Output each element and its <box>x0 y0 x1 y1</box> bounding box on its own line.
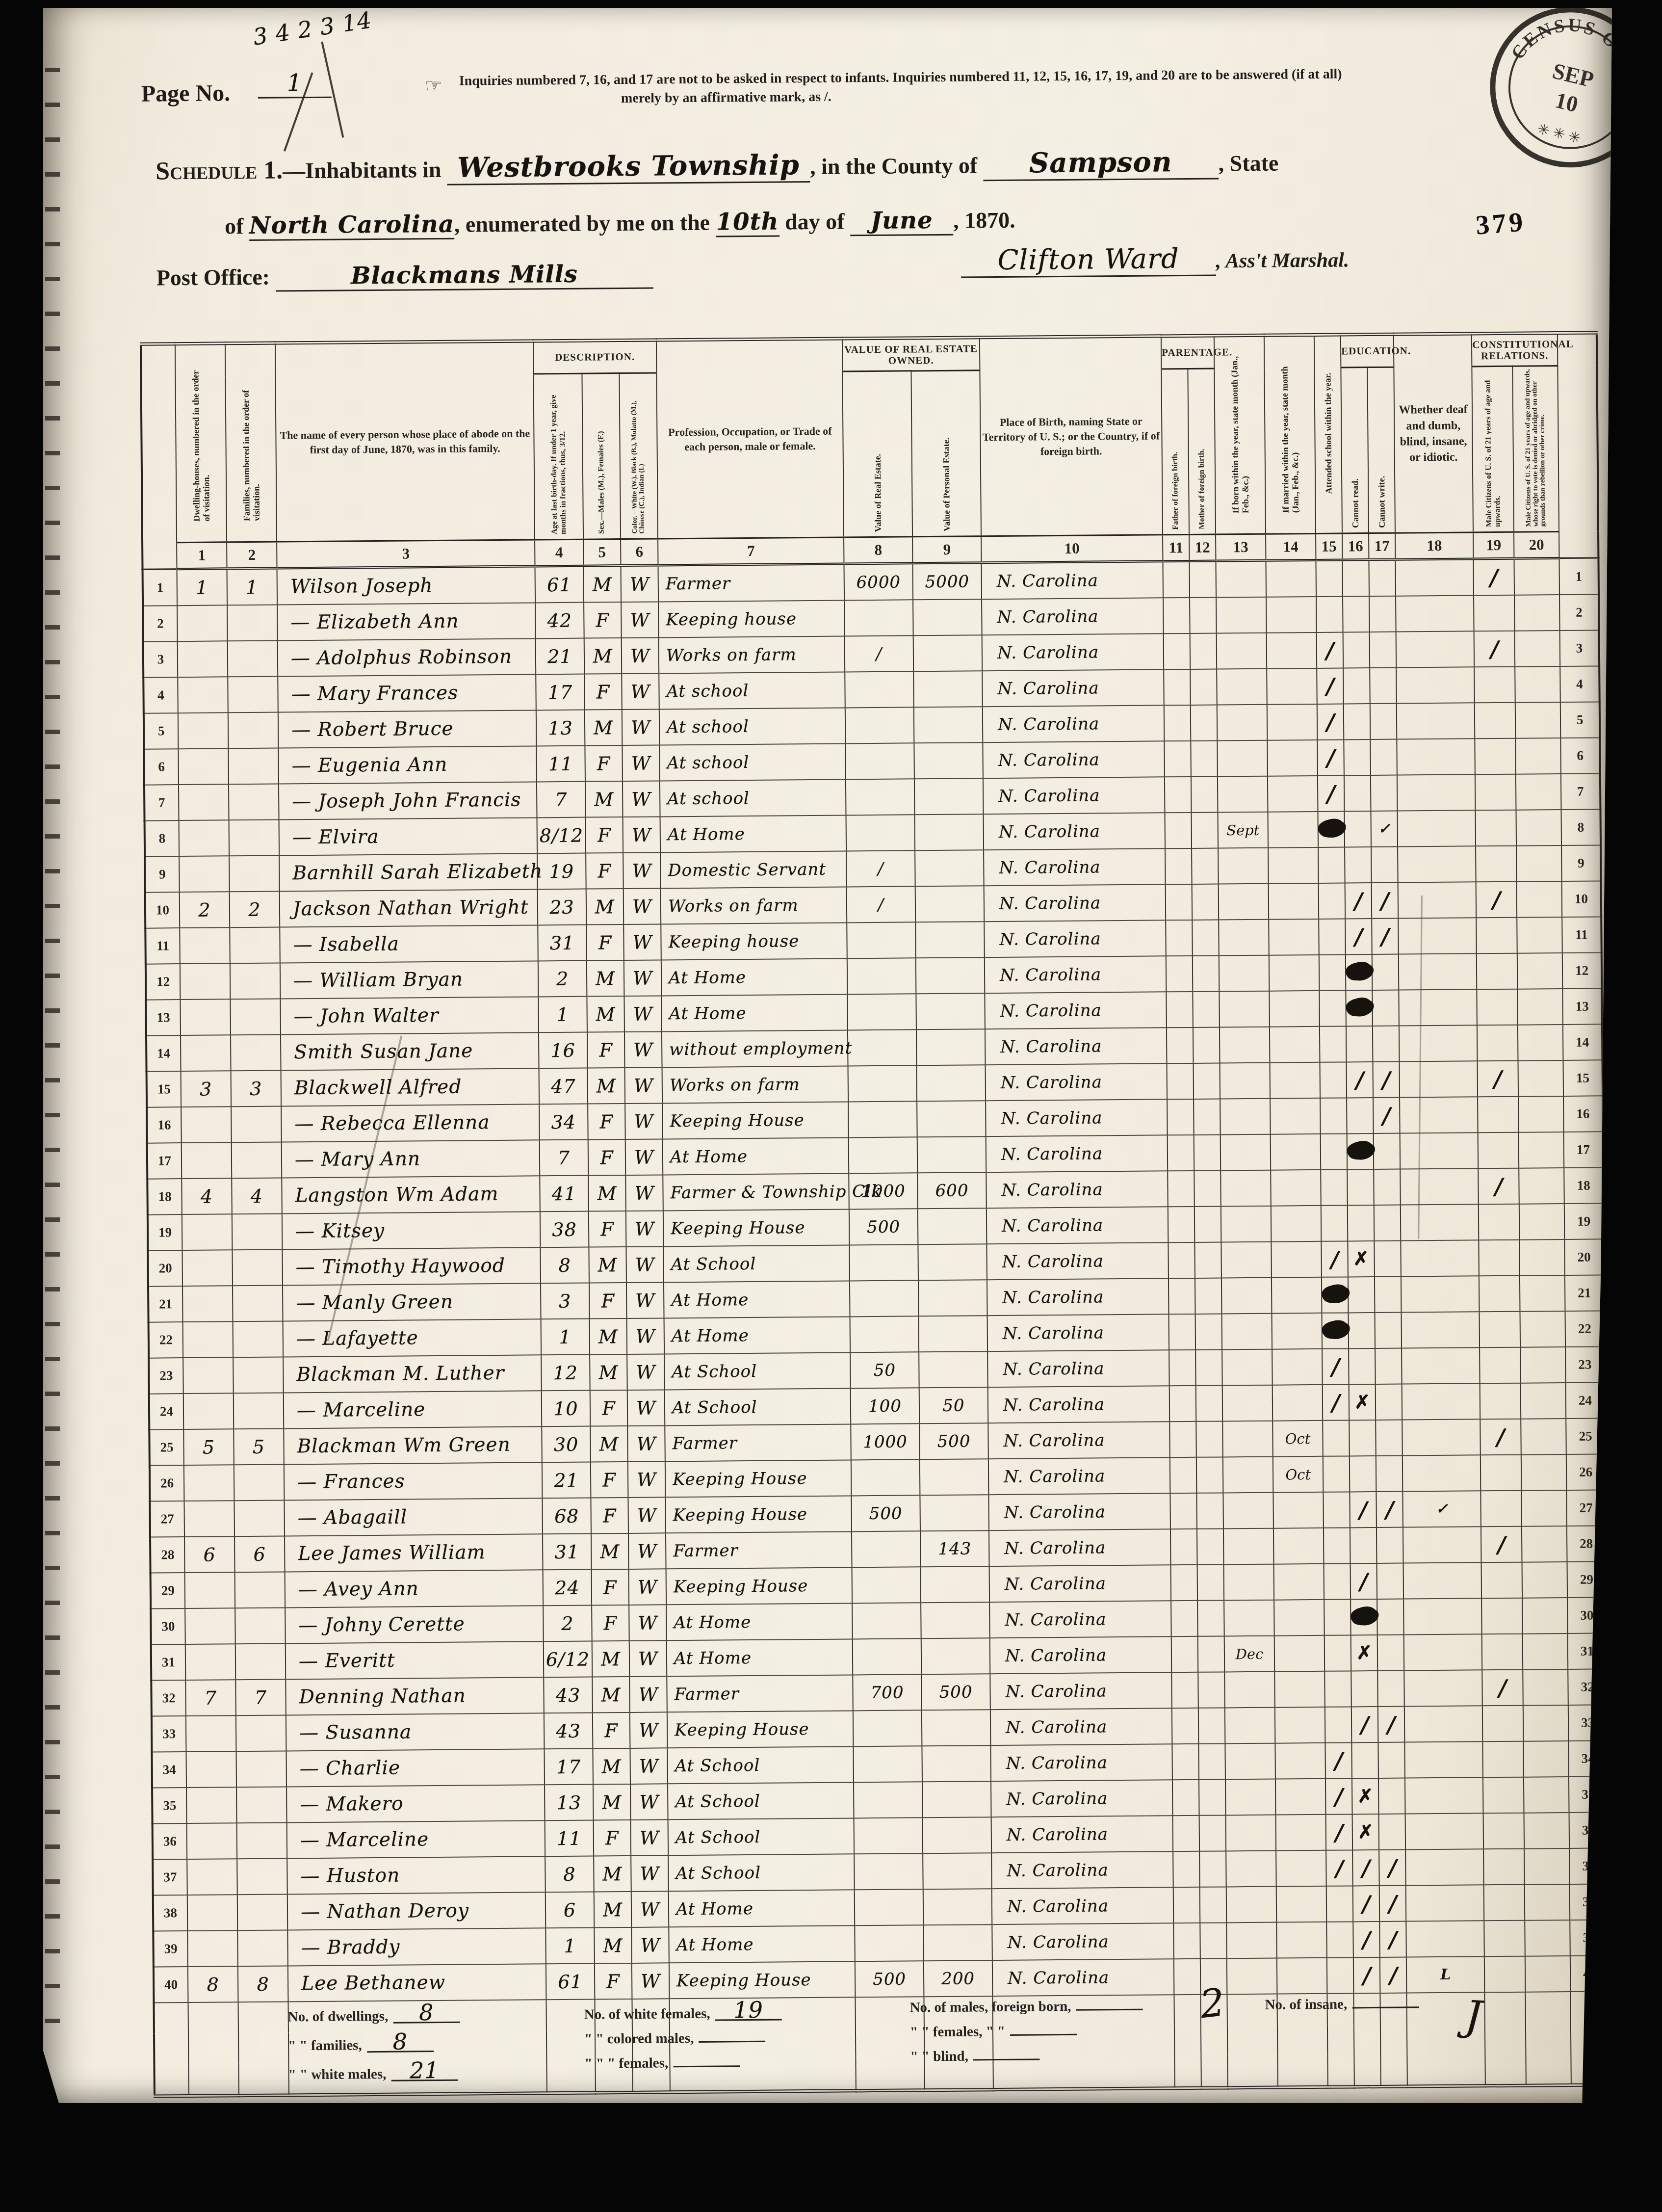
cell-family-number: 4 <box>232 1178 282 1214</box>
cell-deaf-dumb-blind <box>1400 1061 1478 1097</box>
cell-person-name: — Mary Frances <box>278 674 536 712</box>
row-number-left: 3 <box>143 641 178 678</box>
cell-cannot-read <box>1351 1742 1378 1778</box>
cell-color: W <box>624 1031 662 1068</box>
cell-dwelling-number: 5 <box>183 1429 234 1465</box>
cell-deaf-dumb-blind <box>1396 667 1475 703</box>
cell-attended-school <box>1324 1527 1350 1563</box>
cell-male-citizen: / <box>1481 1527 1522 1563</box>
cell-real-estate-value <box>853 1638 922 1675</box>
row-number-left: 7 <box>144 785 179 821</box>
cell-dwelling-number <box>181 1035 231 1071</box>
cell-person-name: — Everitt <box>286 1641 544 1679</box>
cell-attended-school <box>1326 1886 1353 1922</box>
check-mark: / <box>1389 1962 1398 1988</box>
cell-real-estate-value <box>846 779 915 815</box>
cell-personal-estate-value <box>920 1459 989 1495</box>
cell-age: 13 <box>536 710 585 746</box>
cell-person-name: — Johny Cerette <box>285 1606 544 1643</box>
cell-dwelling-number <box>183 1321 234 1358</box>
cell-month-married <box>1268 812 1319 848</box>
cell-person-name: Lee James William <box>285 1534 543 1572</box>
cell-attended-school <box>1319 919 1346 954</box>
cell-cannot-read <box>1350 1599 1377 1635</box>
cell-real-estate-value: / <box>846 850 915 887</box>
check-mark: / <box>1354 923 1363 950</box>
check-mark: / <box>1363 1962 1371 1989</box>
month-entry: Oct <box>1285 1430 1311 1447</box>
cell-color: W <box>624 960 662 996</box>
cell-real-estate-value <box>854 1782 923 1818</box>
cell-dwelling-number <box>187 1859 237 1895</box>
cell-cannot-write: / <box>1372 883 1399 919</box>
cell-occupation: Domestic Servant <box>660 851 847 888</box>
row-number-right: 4 <box>1560 666 1600 702</box>
cell-attended-school: / <box>1317 632 1344 668</box>
cell-cannot-write <box>1376 1384 1402 1420</box>
cell-birthplace: N. Carolina <box>987 1314 1169 1351</box>
cell-month-born <box>1226 1851 1276 1887</box>
cell-age: 10 <box>542 1391 591 1427</box>
cell-personal-estate-value <box>913 635 983 671</box>
cell-occupation: At Home <box>661 958 848 996</box>
row-number-left: 5 <box>144 713 179 749</box>
cell-age: 43 <box>544 1713 593 1749</box>
cell-age: 13 <box>545 1785 594 1821</box>
cell-color: W <box>631 1819 669 1856</box>
cell-father-foreign <box>1168 1171 1195 1207</box>
cell-month-born <box>1219 884 1269 920</box>
cell-month-married <box>1276 1922 1327 1958</box>
row-number-right: 30 <box>1567 1597 1607 1633</box>
cell-dwelling-number <box>180 963 231 1000</box>
cell-family-number <box>235 1572 286 1608</box>
cell-occupation: At School <box>663 1245 850 1282</box>
cell-month-married <box>1267 740 1318 776</box>
cell-personal-estate-value <box>918 1280 987 1316</box>
check-mark: / <box>1330 1246 1339 1272</box>
month-entry: Sept <box>1226 821 1260 839</box>
check-mark: / <box>1388 1890 1397 1917</box>
cell-personal-estate-value <box>921 1566 990 1603</box>
cell-dwelling-number <box>178 641 228 677</box>
footer-value <box>1010 2034 1077 2036</box>
cell-person-name: — Susanna <box>286 1713 545 1751</box>
cell-sex: F <box>593 1712 630 1749</box>
cell-sex: F <box>592 1569 629 1606</box>
cell-deaf-dumb-blind <box>1405 1777 1483 1814</box>
cell-cannot-read <box>1346 990 1373 1026</box>
census-office-stamp: CENSUS OFFICE SEP 10 ✳ ✳ ✳ <box>1463 8 1612 196</box>
row-number-left: 17 <box>147 1143 182 1179</box>
cell-month-born <box>1219 920 1269 956</box>
check-mark: / <box>1335 1819 1343 1845</box>
cell-person-name: Lee Bethanew <box>288 1964 546 2001</box>
row-number-left: 15 <box>147 1071 182 1107</box>
row-number-left: 12 <box>146 964 181 1000</box>
cell-real-estate-value <box>854 1817 923 1854</box>
cell-age: 24 <box>543 1570 592 1606</box>
cell-person-name: — Elvira <box>279 817 538 855</box>
cell-attended-school: / <box>1326 1850 1353 1886</box>
cell-occupation: Keeping House <box>666 1567 853 1605</box>
cell-sex: F <box>590 1390 628 1426</box>
cell-personal-estate-value <box>913 599 982 635</box>
cell-month-married <box>1267 668 1317 705</box>
check-mark: / <box>1355 1067 1364 1093</box>
cell-dwelling-number <box>182 1250 233 1286</box>
cell-cannot-read <box>1344 704 1371 739</box>
cell-person-name: — Timothy Haywood <box>282 1247 541 1285</box>
cell-birthplace: N. Carolina <box>983 741 1165 778</box>
cell-month-born <box>1226 1922 1277 1959</box>
cell-sex: F <box>588 1104 625 1140</box>
cell-real-estate-value: 50 <box>850 1352 919 1388</box>
cell-attended-school <box>1322 1313 1349 1348</box>
cell-real-estate-value <box>853 1746 922 1782</box>
cell-cannot-write: / <box>1373 1062 1400 1098</box>
col14-header: If married within the year, state month … <box>1264 335 1316 534</box>
cell-father-foreign <box>1164 705 1191 741</box>
cell-cannot-write: / <box>1373 1098 1400 1133</box>
post-office-label: Post Office: <box>156 264 270 290</box>
cell-mother-foreign <box>1191 705 1218 741</box>
cell-cannot-write <box>1374 1205 1401 1241</box>
cell-month-married <box>1277 1958 1327 1994</box>
cell-deaf-dumb-blind <box>1402 1383 1480 1420</box>
col13-header: If born within the year, state month (Ja… <box>1214 335 1266 534</box>
footer-label: No. of white females, <box>584 2006 710 2023</box>
year-text: , 1870. <box>953 208 1015 233</box>
cell-birthplace: N. Carolina <box>988 1457 1170 1495</box>
cell-birthplace: N. Carolina <box>991 1780 1173 1817</box>
cell-color: W <box>623 852 661 889</box>
cell-male-citizen <box>1484 1992 1525 2024</box>
cell-cannot-write: / <box>1376 1492 1403 1527</box>
of-text: of <box>225 213 244 238</box>
cell-real-estate-value <box>847 994 916 1030</box>
cell-age: 8/12 <box>537 817 586 854</box>
cell-cannot-write <box>1378 1778 1405 1814</box>
cell-birthplace: N. Carolina <box>988 1386 1170 1423</box>
cell-family-number <box>229 784 279 820</box>
cell-cannot-write: / <box>1379 1922 1406 1957</box>
row-number-right <box>1571 2053 1610 2085</box>
cell-vote-denied <box>1517 881 1562 918</box>
cell-birthplace: N. Carolina <box>985 956 1167 993</box>
cell-family-number <box>236 1787 287 1823</box>
cell-age: 2 <box>543 1606 592 1642</box>
check-mark: / <box>1490 564 1498 590</box>
ink-blot <box>1346 1138 1375 1162</box>
cell-cannot-write <box>1375 1313 1402 1348</box>
check-mark: / <box>1359 1568 1368 1595</box>
cell-male-citizen <box>1483 1849 1525 1885</box>
cell-month-born <box>1224 1600 1274 1636</box>
group-real-estate: VALUE OF REAL ESTATE OWNED. <box>842 338 980 371</box>
cell-sex: F <box>585 745 623 782</box>
cell-real-estate-value <box>850 1280 919 1317</box>
cell-month-married <box>1274 1671 1325 1708</box>
cell-cannot-write: / <box>1380 1957 1407 1993</box>
cell-real-estate-value <box>845 743 914 779</box>
cell-occupation: At Home <box>664 1281 850 1318</box>
cell-personal-estate-value: 500 <box>919 1423 988 1459</box>
cell-real-estate-value <box>849 1244 918 1281</box>
cell-male-citizen <box>1485 2054 1526 2086</box>
cell-vote-denied <box>1515 738 1561 774</box>
cell-personal-estate-value <box>922 1745 991 1782</box>
cell-cannot-read: / <box>1350 1563 1377 1599</box>
cell-family-number: 6 <box>234 1536 285 1572</box>
cell-cannot-write <box>1369 559 1396 596</box>
cell-age: 23 <box>538 889 587 925</box>
cell-male-citizen <box>1476 846 1517 882</box>
cell-cannot-write: / <box>1372 919 1399 954</box>
cell-attended-school: / <box>1322 1348 1349 1384</box>
cell-color: W <box>629 1569 667 1605</box>
check-mark: / <box>1362 1891 1370 1917</box>
cell-dwelling-number <box>187 1930 238 1967</box>
cell-month-born <box>1223 1493 1273 1529</box>
cell-color: W <box>628 1533 666 1569</box>
cell-mother-foreign <box>1191 776 1218 812</box>
cell-deaf-dumb-blind <box>1404 1706 1483 1742</box>
cell-color: W <box>623 888 661 924</box>
cell-male-citizen <box>1475 774 1516 811</box>
cell-deaf-dumb-blind <box>1403 1562 1482 1599</box>
cell-age: 7 <box>537 782 586 818</box>
cell-dwelling-number <box>185 1644 236 1680</box>
cell-birthplace: N. Carolina <box>989 1529 1171 1566</box>
cell-male-citizen <box>1482 1706 1524 1742</box>
cell-deaf-dumb-blind <box>1405 1813 1484 1849</box>
cell-dwelling-number <box>186 1751 236 1788</box>
cell-mother-foreign <box>1200 1922 1227 1958</box>
col5-header: Sex.—Males (M.), Females (F.) <box>582 373 621 540</box>
check-mark: / <box>1492 886 1501 913</box>
cell-attended-school: / <box>1318 775 1345 811</box>
cell-occupation: Farmer <box>667 1675 853 1712</box>
cell-cannot-write <box>1377 1671 1404 1707</box>
cell-real-estate-value <box>852 1531 921 1567</box>
cell-month-married <box>1268 847 1319 884</box>
cell-attended-school <box>1324 1635 1351 1671</box>
cell-dwelling-number <box>187 1823 237 1859</box>
cell-month-married <box>1269 955 1320 991</box>
cell-month-born <box>1220 1099 1271 1135</box>
cell-age: 17 <box>544 1749 593 1785</box>
cell-family-number <box>233 1357 284 1393</box>
footer-value <box>673 2065 740 2067</box>
cell-dwelling-number <box>178 677 228 713</box>
cell-mother-foreign <box>1192 812 1219 848</box>
cell-male-citizen <box>1476 918 1517 954</box>
check-mark: / <box>1380 887 1389 914</box>
cell-month-born <box>1220 1063 1271 1099</box>
cell-male-citizen <box>1475 703 1516 739</box>
cell-mother-foreign <box>1198 1672 1225 1708</box>
cell-real-estate-value <box>846 815 915 851</box>
cell-color: W <box>629 1676 667 1712</box>
cell-sex: M <box>588 1175 626 1211</box>
cell-mother-foreign <box>1198 1636 1225 1672</box>
cell-month-married: Oct <box>1273 1456 1324 1493</box>
row-number-right: 20 <box>1564 1239 1604 1275</box>
cell-occupation: At School <box>665 1388 851 1425</box>
cell-month-born <box>1217 669 1267 705</box>
cell-real-estate-value: 500 <box>851 1495 920 1531</box>
row-number-right: 19 <box>1564 1203 1604 1239</box>
cell-father-foreign <box>1173 1816 1200 1851</box>
row-number-right: 9 <box>1561 845 1601 881</box>
cell-vote-denied <box>1518 1025 1563 1061</box>
cell-occupation: Keeping House <box>665 1496 852 1533</box>
cell-cannot-write <box>1370 632 1397 668</box>
cell-vote-denied <box>1516 810 1562 846</box>
check-mark: / <box>1497 1531 1506 1557</box>
row-number-right: 2 <box>1559 594 1599 631</box>
cell-month-married <box>1276 1850 1326 1887</box>
cell-deaf-dumb-blind <box>1401 1276 1480 1312</box>
cell-birthplace: N. Carolina <box>992 1923 1174 1960</box>
cell-color: W <box>629 1605 667 1641</box>
cell-real-estate-value: / <box>847 886 916 922</box>
cell-vote-denied <box>1522 1598 1568 1634</box>
cell-mother-foreign <box>1190 633 1217 669</box>
stamped-page-number: 379 <box>1475 206 1527 241</box>
row-number-left: 35 <box>152 1788 187 1824</box>
col1-header: Dwelling-houses, numbered in the order o… <box>175 343 227 543</box>
cell-family-number: 3 <box>231 1071 282 1107</box>
cell-person-name: — Isabella <box>280 925 538 963</box>
cell-family-number <box>228 748 279 785</box>
cell-month-married <box>1267 632 1317 669</box>
check-mark: / <box>1335 1783 1343 1810</box>
cell-male-citizen <box>1484 1956 1526 1993</box>
check-mark: / <box>1382 1102 1391 1129</box>
cell-color: W <box>622 745 660 781</box>
check-mark: / <box>1326 709 1334 735</box>
cell-family-number: 2 <box>230 892 280 928</box>
cell-dwelling-number <box>188 2033 238 2064</box>
row-number-left <box>154 2064 189 2096</box>
col8-header: Value of Real Estate. <box>842 371 912 537</box>
cell-deaf-dumb-blind <box>1400 1132 1479 1169</box>
cell-person-name: — Braddy <box>287 1928 546 1966</box>
cell-dwelling-number <box>182 1286 233 1322</box>
row-number-left <box>154 2033 188 2064</box>
cell-occupation: Farmer <box>658 564 845 602</box>
marshal-name: Clifton Ward <box>961 242 1216 278</box>
row-number-left: 25 <box>149 1429 184 1466</box>
cell-color: W <box>630 1712 668 1748</box>
row-number-left: 2 <box>143 606 178 642</box>
cell-age: 61 <box>535 566 584 603</box>
cell-mother-foreign <box>1199 1851 1226 1887</box>
cell-occupation: without employment <box>662 1030 848 1067</box>
ink-blot <box>1321 1318 1350 1342</box>
check-mark: / <box>1389 1926 1397 1952</box>
cell-color: W <box>623 781 660 817</box>
cell-cannot-read <box>1343 668 1370 704</box>
cell-vote-denied <box>1520 1275 1565 1312</box>
cell-personal-estate-value <box>916 1029 986 1065</box>
cell-attended-school <box>1316 596 1343 632</box>
cell-age: 8 <box>540 1247 589 1284</box>
cell-family-number <box>234 1500 285 1536</box>
row-number-left: 36 <box>153 1823 187 1860</box>
row-number-right: 13 <box>1562 988 1602 1025</box>
cell-mother-foreign <box>1199 1815 1226 1851</box>
cell-mother-foreign <box>1193 955 1220 991</box>
cell-age: 12 <box>541 1355 590 1391</box>
row-number-left: 22 <box>149 1322 183 1358</box>
cell-occupation: Works on farm <box>659 636 845 673</box>
cell-birthplace: N. Carolina <box>987 1207 1169 1244</box>
cell-father-foreign <box>1171 1565 1198 1601</box>
cell-person-name: — Rebecca Ellenna <box>281 1104 540 1142</box>
col15-header: Attended school within the year. <box>1314 335 1342 533</box>
cell-birthplace: N. Carolina <box>991 1851 1173 1889</box>
cell-real-estate-value: 500 <box>855 1961 924 1997</box>
cell-month-born <box>1224 1672 1275 1708</box>
cell-deaf-dumb-blind <box>1402 1312 1480 1348</box>
cell-color: W <box>623 924 661 960</box>
cell-cannot-read <box>1346 954 1373 990</box>
row-number-left: 8 <box>145 820 180 857</box>
cell-deaf-dumb-blind <box>1396 595 1474 632</box>
census-table: Dwelling-houses, numbered in the order o… <box>140 331 1611 2098</box>
cell-cannot-write: / <box>1379 1886 1406 1922</box>
cell-attended-school <box>1324 1671 1351 1707</box>
cell-cannot-read: / <box>1345 919 1372 954</box>
cell-birthplace: N. Carolina <box>984 848 1166 886</box>
cell-attended-school <box>1321 1205 1348 1241</box>
cell-person-name: Blackman Wm Green <box>284 1426 542 1464</box>
ink-blot <box>1321 1282 1350 1306</box>
cell-real-estate-value <box>852 1603 921 1639</box>
cell-real-estate-value <box>855 1889 924 1925</box>
row-number-right: 10 <box>1562 881 1602 917</box>
marshal-title: , Ass't Marshal. <box>1216 249 1349 272</box>
cell-color: W <box>629 1640 667 1677</box>
pointing-hand-icon: ☞ <box>425 74 442 97</box>
cell-male-citizen: / <box>1474 631 1515 667</box>
cell-deaf-dumb-blind <box>1397 774 1476 811</box>
cell-attended-school: / <box>1317 704 1344 739</box>
cell-personal-estate-value <box>914 742 983 779</box>
row-number-right: 7 <box>1561 773 1601 810</box>
cell-vote-denied <box>1524 1848 1570 1885</box>
cell-mother-foreign <box>1192 848 1219 884</box>
cell-person-name: Denning Nathan <box>286 1677 544 1715</box>
cell-color: W <box>625 1175 663 1211</box>
cell-personal-estate-value <box>917 1101 986 1137</box>
cell-cannot-read: / <box>1353 1922 1380 1957</box>
cell-father-foreign <box>1171 1601 1198 1636</box>
cell-sex: M <box>584 566 622 603</box>
cell-real-estate-value <box>847 958 916 994</box>
cell-father-foreign <box>1163 598 1190 633</box>
row-number-left: 14 <box>146 1035 181 1072</box>
cell-vote-denied <box>1515 631 1560 667</box>
cell-person-name: — Manly Green <box>283 1283 541 1321</box>
cell-male-citizen <box>1476 810 1517 846</box>
cell-cannot-write <box>1371 775 1398 811</box>
cell-color: W <box>627 1354 665 1390</box>
cell-cannot-read <box>1345 847 1372 883</box>
